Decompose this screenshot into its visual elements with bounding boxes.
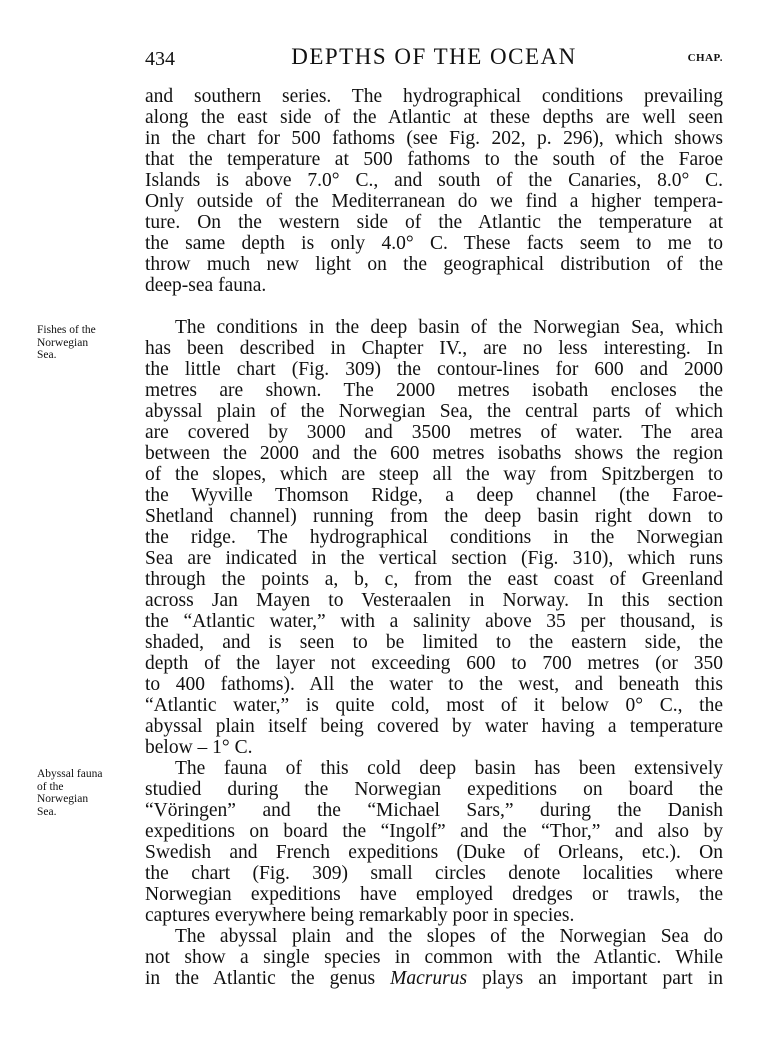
margin-note-line: Norwegian xyxy=(37,337,137,350)
text-line: ture. On the western side of the Atlanti… xyxy=(145,212,723,233)
text-line: below – 1° C. xyxy=(145,737,723,758)
text-line: between the 2000 and the 600 metres isob… xyxy=(145,443,723,464)
paragraph-no-common-species: The abyssal plain and the slopes of the … xyxy=(145,926,723,989)
margin-note-line: Sea. xyxy=(37,806,137,819)
text-line: not show a single species in common with… xyxy=(145,947,723,968)
text-line: “Vöringen” and the “Michael Sars,” durin… xyxy=(145,800,723,821)
text-line: the chart (Fig. 309) small circles denot… xyxy=(145,863,723,884)
text-line: the Wyville Thomson Ridge, a deep channe… xyxy=(145,485,723,506)
text-line: the “Atlantic water,” with a salinity ab… xyxy=(145,611,723,632)
margin-note-line: Sea. xyxy=(37,349,137,362)
margin-note-line: Fishes of the xyxy=(37,324,137,337)
text-line: the ridge. The hydrographical conditions… xyxy=(145,527,723,548)
text-line: to 400 fathoms). All the water to the we… xyxy=(145,674,723,695)
text-line: expeditions on board the “Ingolf” and th… xyxy=(145,821,723,842)
text-line: across Jan Mayen to Vesteraalen in Norwa… xyxy=(145,590,723,611)
text-line: abyssal plain itself being covered by wa… xyxy=(145,716,723,737)
paragraph-norwegian-sea-conditions: The conditions in the deep basin of the … xyxy=(145,317,723,758)
text-line: throw much new light on the geographical… xyxy=(145,254,723,275)
paragraph-gap xyxy=(145,296,723,317)
text-line: through the points a, b, c, from the eas… xyxy=(145,569,723,590)
running-title: DEPTHS OF THE OCEAN xyxy=(145,44,723,70)
text-line: and southern series. The hydrographical … xyxy=(145,86,723,107)
running-header: 434 DEPTHS OF THE OCEAN CHAP. xyxy=(145,44,723,74)
text-line: the same depth is only 4.0° C. These fac… xyxy=(145,233,723,254)
text-line: along the east side of the Atlantic at t… xyxy=(145,107,723,128)
text-line: deep-sea fauna. xyxy=(145,275,723,296)
text-line: “Atlantic water,” is quite cold, most of… xyxy=(145,695,723,716)
margin-note-line: Norwegian xyxy=(37,793,137,806)
text-line: metres are shown. The 2000 metres isobat… xyxy=(145,380,723,401)
margin-note-abyssal-fauna: Abyssal fauna of the Norwegian Sea. xyxy=(37,768,137,818)
text-line: The conditions in the deep basin of the … xyxy=(145,317,723,338)
chapter-marker: CHAP. xyxy=(688,52,723,64)
text-run: plays an important part in xyxy=(467,968,723,989)
paragraph-abyssal-fauna: The fauna of this cold deep basin has be… xyxy=(145,758,723,926)
text-line: Islands is above 7.0° C., and south of t… xyxy=(145,170,723,191)
margin-note-line: of the xyxy=(37,781,137,794)
text-run: in the Atlantic the genus xyxy=(145,968,390,989)
text-line: depth of the layer not exceeding 600 to … xyxy=(145,653,723,674)
genus-name-italic: Macrurus xyxy=(390,968,467,989)
text-line: of the slopes, which are steep all the w… xyxy=(145,464,723,485)
text-line: Norwegian expeditions have employed dred… xyxy=(145,884,723,905)
paragraph-temperature: and southern series. The hydrographical … xyxy=(145,86,723,296)
text-line-macrurus: in the Atlantic the genus Macrurus plays… xyxy=(145,968,723,989)
text-line: captures everywhere being remarkably poo… xyxy=(145,905,723,926)
margin-note-fishes: Fishes of the Norwegian Sea. xyxy=(37,324,137,362)
text-line: that the temperature at 500 fathoms to t… xyxy=(145,149,723,170)
text-line: studied during the Norwegian expeditions… xyxy=(145,779,723,800)
body-text: and southern series. The hydrographical … xyxy=(145,86,723,989)
text-line: Shetland channel) running from the deep … xyxy=(145,506,723,527)
text-line: shaded, and is seen to be limited to the… xyxy=(145,632,723,653)
margin-note-line: Abyssal fauna xyxy=(37,768,137,781)
text-line: abyssal plain of the Norwegian Sea, the … xyxy=(145,401,723,422)
text-line: Swedish and French expeditions (Duke of … xyxy=(145,842,723,863)
text-line: are covered by 3000 and 3500 metres of w… xyxy=(145,422,723,443)
text-line: Sea are indicated in the vertical sectio… xyxy=(145,548,723,569)
text-line: Only outside of the Mediterranean do we … xyxy=(145,191,723,212)
text-line: The abyssal plain and the slopes of the … xyxy=(145,926,723,947)
text-line: has been described in Chapter IV., are n… xyxy=(145,338,723,359)
text-line: in the chart for 500 fathoms (see Fig. 2… xyxy=(145,128,723,149)
text-line: the little chart (Fig. 309) the contour-… xyxy=(145,359,723,380)
text-line: The fauna of this cold deep basin has be… xyxy=(145,758,723,779)
